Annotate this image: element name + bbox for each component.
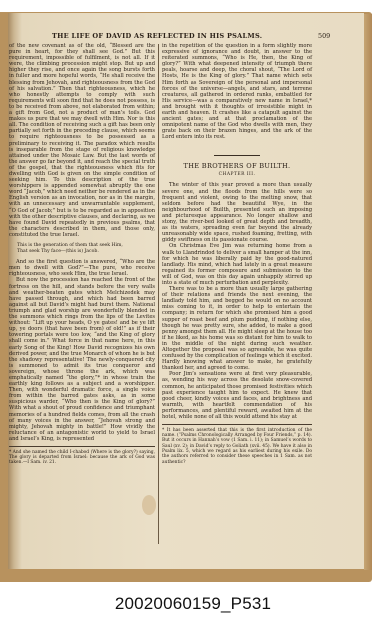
paragraph: Poor Jim’s sensations were at first very… xyxy=(162,371,312,420)
paragraph: There was to be a more than usually larg… xyxy=(162,286,312,371)
paragraph: But now the procession has reached the f… xyxy=(9,277,155,442)
paragraph: in the repetition of the question in a f… xyxy=(162,43,312,141)
running-head: THE LIFE OF DAVID AS REFLECTED IN HIS PS… xyxy=(52,32,327,40)
right-column: in the repetition of the question in a f… xyxy=(162,43,312,465)
footnote: * And she named the child I-chabod (Wher… xyxy=(9,450,155,466)
page-edge xyxy=(364,14,372,570)
left-column: of the new covenant as of the old, “Bles… xyxy=(9,43,155,465)
paper-stain xyxy=(142,495,156,515)
footnote-divider xyxy=(9,446,155,447)
column-divider xyxy=(158,44,159,544)
quote-line: That seek Thy face—(this is) Jacob. xyxy=(17,249,155,255)
page-number: 509 xyxy=(318,32,330,40)
scripture-quote: This is the generation of them that seek… xyxy=(17,243,155,254)
chapter-number: CHAPTER III. xyxy=(162,172,312,178)
scan-id-caption: 20020060159_P531 xyxy=(0,594,386,614)
paragraph: of the new covenant as of the old, “Bles… xyxy=(9,43,155,238)
chapter-title: THE BROTHERS OF BUILTH. xyxy=(162,163,312,169)
footnote-divider xyxy=(162,424,312,425)
paragraph: On Christmas Eve Jim was returning home … xyxy=(162,243,312,286)
paragraph: And so the first question is answered, “… xyxy=(9,259,155,277)
paragraph: The winter of this year proved a more th… xyxy=(162,182,312,243)
footnote: * It has been asserted that this is the … xyxy=(162,428,312,465)
section-divider xyxy=(214,155,260,156)
